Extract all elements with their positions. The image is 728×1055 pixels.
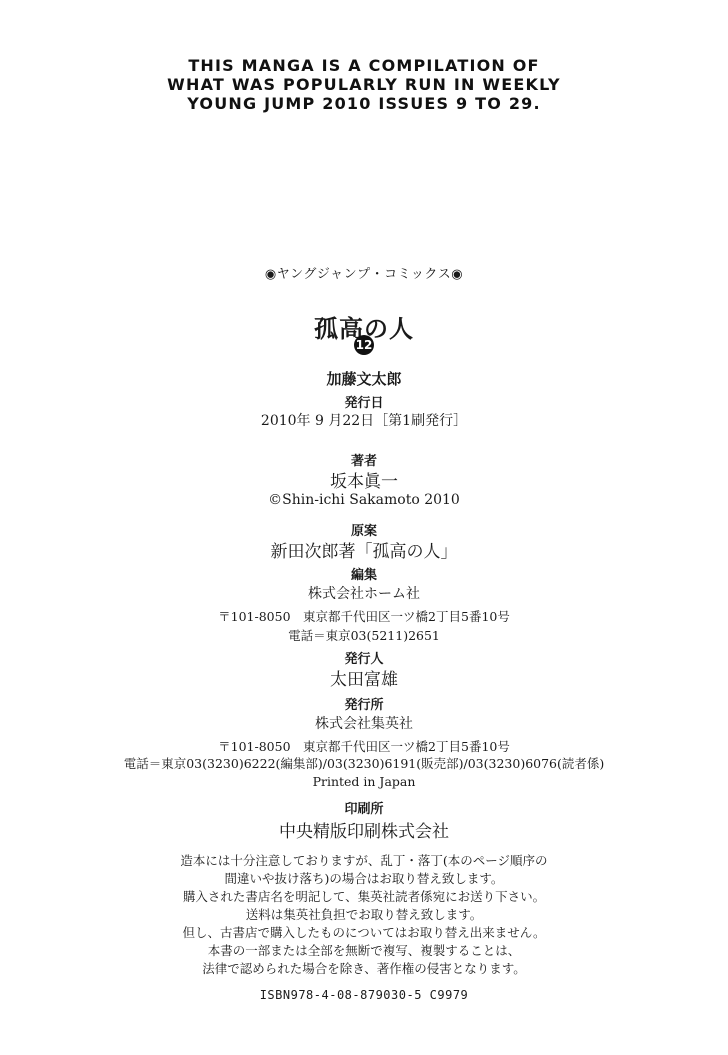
translator-note-line: what was popularly run in weekly [0,75,728,94]
publisher-label: 発行所 [0,694,728,713]
editing-label: 編集 [0,564,728,583]
author-header: 加藤文太郎 [0,368,728,389]
editing-phone: 電話＝東京03(5211)2651 [0,626,728,644]
notice-line: 本書の一部または全部を無断で複写、複製することは、 [0,942,728,959]
publication-date-value: 2010年 9 月22日［第1刷発行］ [0,410,728,430]
translator-note: This manga is a compilation of what was … [0,56,728,113]
translator-note-line: Young Jump 2010 issues 9 to 29. [0,94,728,113]
printer-label: 印刷所 [0,798,728,817]
volume-badge: 12 [354,335,374,355]
notice-line: 造本には十分注意しておりますが、乱丁・落丁(本のページ順序の [0,852,728,869]
publisher-person-name: 太田富雄 [0,665,728,690]
notice-line: 送料は集英社負担でお取り替え致します。 [0,906,728,923]
notice-line: 但し、古書店で購入したものについてはお取り替え出来ません。 [0,924,728,941]
publisher-company: 株式会社集英社 [0,713,728,733]
series-label: ◉ヤングジャンプ・コミックス◉ [0,263,728,282]
writer-name: 坂本眞一 [0,467,728,492]
notice-line: 間違いや抜け落ち)の場合はお取り替え致します。 [0,870,728,887]
editing-address: 〒101-8050 東京都千代田区一ツ橋2丁目5番10号 [0,607,728,625]
publisher-phone: 電話＝東京03(3230)6222(編集部)/03(3230)6191(販売部)… [0,754,728,772]
translator-note-line: This manga is a compilation of [0,56,728,75]
publication-date-label: 発行日 [0,392,728,411]
isbn: ISBN978-4-08-879030-5 C9979 [0,988,728,1002]
printer-company: 中央精版印刷株式会社 [0,817,728,842]
notice-line: 法律で認められた場合を除き、著作権の侵害となります。 [0,960,728,977]
notice-line: 購入された書店名を明記して、集英社読者係宛にお送り下さい。 [0,888,728,905]
printed-in: Printed in Japan [0,774,728,789]
editing-company: 株式会社ホーム社 [0,583,728,603]
publisher-address: 〒101-8050 東京都千代田区一ツ橋2丁目5番10号 [0,737,728,755]
original-work-value: 新田次郎著「孤高の人」 [0,537,728,562]
copyright-line: ©Shin-ichi Sakamoto 2010 [0,492,728,508]
